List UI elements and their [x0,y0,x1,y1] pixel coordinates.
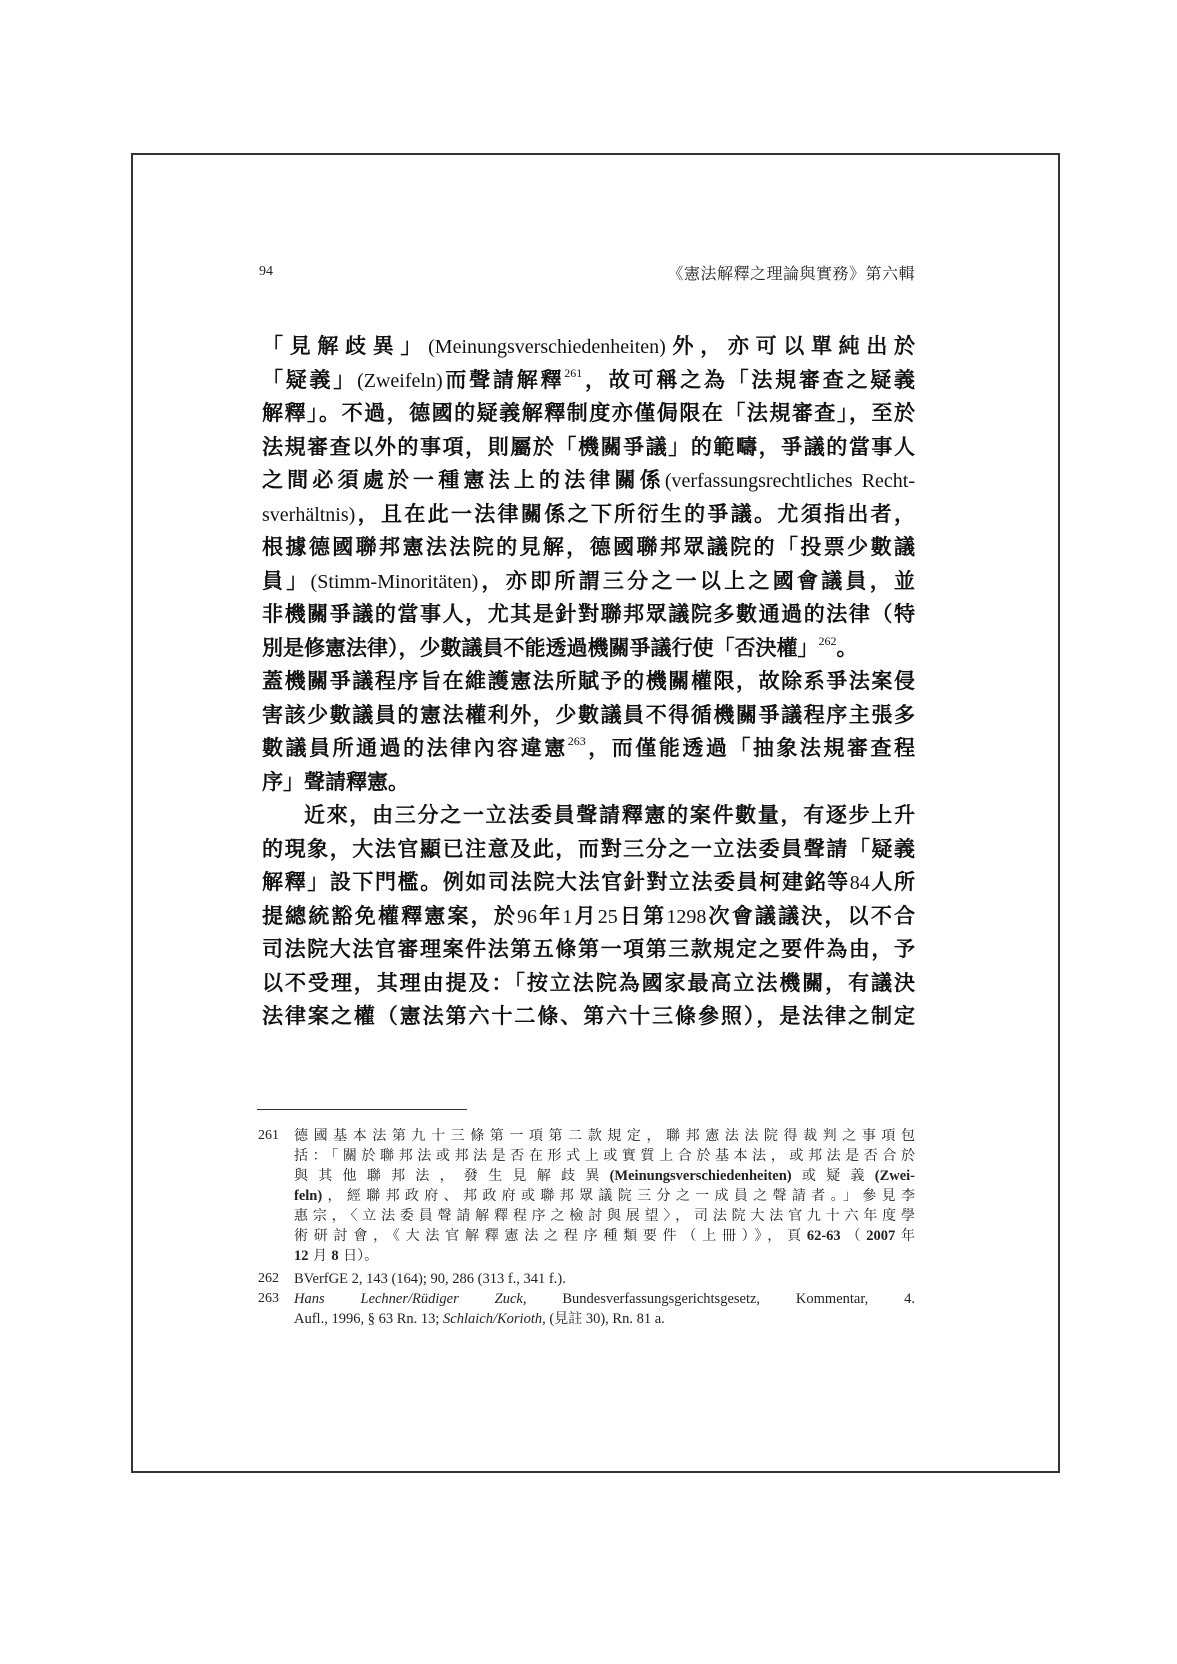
latin-term: (verfassungsrechtliches Recht- [665,470,915,492]
footnote-262: 262 BVerfGE 2, 143 (164); 90, 286 (313 f… [258,1269,915,1289]
text: 術研討會，《大法官解釋憲法之程序種類要件（上冊）》，頁 [294,1228,807,1244]
text: 序」聲請釋憲。 [262,770,409,794]
footnote-line: Hans Lechner/Rüdiger Zuck, Bundesverfass… [294,1289,915,1309]
body-line: 司法院大法官審理案件法第五條第一項第三款規定之要件為由，予 [262,933,915,967]
body-line: 法規審查以外的事項，則屬於「機關爭議」的範疇，爭議的當事人 [262,431,915,465]
footnote-separator [257,1109,467,1110]
year: 2007 [866,1228,895,1244]
author-names: Hans Lechner/Rüdiger Zuck [294,1291,523,1307]
text: 「見解歧異」 [262,334,428,358]
text: 月 [572,904,597,928]
footnote-number: 261 [258,1126,279,1146]
body-line: 數議員所通過的法律內容違憲263，而僅能透過「抽象法規審查程 [262,732,915,766]
footnote-line: 德國基本法第九十三條第一項第二款規定，聯邦憲法法院得裁判之事項包 [294,1126,915,1146]
page-range: 62-63 [807,1228,841,1244]
citation: , Bundesverfassungsgerichtsgesetz, Komme… [523,1291,915,1307]
number: 1 [562,906,572,928]
text: ，亦即所謂三分之一以上之國會議員，並 [478,569,915,593]
number: 84 [850,872,870,894]
latin-term: (Stimm-Minoritäten) [311,571,479,593]
footnote-line: 括：「關於聯邦法或邦法是否在形式上或實質上合於基本法，或邦法是否合於 [294,1146,915,1166]
text: 以不受理，其理由提及：「按立法院為國家最高立法機關，有議決 [262,971,915,995]
footnote-line: 與其他聯邦法，發生見解歧異(Meinungsverschiedenheiten)… [294,1166,915,1186]
body-line: 序」聲請釋憲。 [262,766,915,800]
text: 人所 [870,870,915,894]
footnote-line: BVerfGE 2, 143 (164); 90, 286 (313 f., 3… [294,1269,915,1289]
text: 日第 [618,904,667,928]
text: 解釋」。不過，德國的疑義解釋制度亦僅侷限在「法規審查」，至於 [262,401,915,425]
text: 根據德國聯邦憲法法院的見解，德國聯邦眾議院的「投票少數議 [262,535,915,559]
body-line: 「見解歧異」(Meinungsverschiedenheiten)外，亦可以單純… [262,330,915,364]
body-line: 解釋」設下門檻。例如司法院大法官針對立法委員柯建銘等84人所 [262,866,915,900]
footnote-line: Aufl., 1996, § 63 Rn. 13; Schlaich/Korio… [294,1309,915,1329]
text: ，經聯邦政府、邦政府或聯邦眾議院三分之一成員之聲請者。」參見李 [322,1188,915,1204]
body-line: 非機關爭議的當事人，尤其是針對聯邦眾議院多數通過的法律（特 [262,598,915,632]
latin-term: feln) [294,1188,322,1204]
footnotes: 261 德國基本法第九十三條第一項第二款規定，聯邦憲法法院得裁判之事項包 括：「… [258,1126,915,1329]
footnote-ref-262[interactable]: 262 [819,634,837,648]
citation: , ( [542,1311,554,1327]
text: 月 [313,1248,327,1264]
footnote-line: 術研討會，《大法官解釋憲法之程序種類要件（上冊）》，頁62-63（2007年 [294,1226,915,1246]
footnote-263: 263 Hans Lechner/Rüdiger Zuck, Bundesver… [258,1289,915,1329]
text: 德國基本法第九十三條第一項第二款規定，聯邦憲法法院得裁判之事項包 [294,1128,915,1144]
text: 解釋」設下門檻。例如司法院大法官針對立法委員柯建銘等 [262,870,850,894]
text: （ [841,1228,867,1244]
text: 近來，由三分之一立法委員聲請釋憲的案件數量，有逐步上升 [304,803,915,827]
latin-term: (Meinungsverschiedenheiten) [610,1168,792,1184]
body-line: 提總統豁免權釋憲案，於96年1月25日第1298次會議議決，以不合 [262,900,915,934]
footnote-line: 12 月 8 日）。 [294,1246,915,1266]
body-line: 根據德國聯邦憲法法院的見解，德國聯邦眾議院的「投票少數議 [262,531,915,565]
text: 數議員所通過的法律內容違憲 [262,736,568,760]
body-line: 「疑義」(Zweifeln)而聲請解釋261，故可稱之為「法規審查之疑義 [262,364,915,398]
text: 蓋機關爭議程序旨在維護憲法所賦予的機關權限，故除系爭法案侵 [262,669,915,693]
body-line: sverhältnis)，且在此一法律關係之下所衍生的爭議。尤須指出者， [262,498,915,532]
body-line: 的現象，大法官顯已注意及此，而對三分之一立法委員聲請「疑義 [262,833,915,867]
text: 年 [537,904,562,928]
text: 法規審查以外的事項，則屬於「機關爭議」的範疇，爭議的當事人 [262,435,915,459]
text: ，且在此一法律關係之下所衍生的爭議。尤須指出者， [355,502,915,526]
number: 8 [331,1248,338,1264]
latin-term: (Zwei- [875,1168,915,1184]
footnote-number: 262 [258,1269,279,1289]
text: ，而僅能透過「抽象法規審查程 [586,736,915,760]
number: 12 [294,1248,309,1264]
text: 害該少數議員的憲法權利外，少數議員不得循機關爭議程序主張多 [262,703,915,727]
text: 非機關爭議的當事人，尤其是針對聯邦眾議院多數通過的法律（特 [262,602,915,626]
text: 員」 [262,569,311,593]
body-line: 解釋」。不過，德國的疑義解釋制度亦僅侷限在「法規審查」，至於 [262,397,915,431]
latin-term: (Meinungsverschiedenheiten) [428,336,666,358]
text: 與其他聯邦法，發生見解歧異 [294,1168,610,1184]
body-line: 之間必須處於一種憲法上的法律關係(verfassungsrechtliches … [262,464,915,498]
body-text: 「見解歧異」(Meinungsverschiedenheiten)外，亦可以單純… [262,330,915,1034]
text: 之間必須處於一種憲法上的法律關係 [262,468,665,492]
footnote-ref-261[interactable]: 261 [564,366,582,380]
text: 外，亦可以單純出於 [666,334,915,358]
text: 的現象，大法官顯已注意及此，而對三分之一立法委員聲請「疑義 [262,837,915,861]
text: 見註 [554,1311,582,1327]
text: 年 [895,1228,915,1244]
text: 或疑義 [792,1168,875,1184]
footnote-number: 263 [258,1289,279,1309]
text: 別是修憲法律），少數議員不能透過機關爭議行使「否決權」 [262,636,819,660]
number: 1298 [666,906,706,928]
body-line: 以不受理，其理由提及：「按立法院為國家最高立法機關，有議決 [262,967,915,1001]
body-line-paragraph-start: 近來，由三分之一立法委員聲請釋憲的案件數量，有逐步上升 [262,799,915,833]
footnote-line: 惠宗，〈立法委員聲請解釋程序之檢討與展望〉，司法院大法官九十六年度學 [294,1206,915,1226]
text: 而聲請解釋 [443,368,565,392]
text: 括：「關於聯邦法或邦法是否在形式上或實質上合於基本法，或邦法是否合於 [294,1148,915,1164]
body-line: 員」(Stimm-Minoritäten)，亦即所謂三分之一以上之國會議員，並 [262,565,915,599]
latin-term: sverhältnis) [262,504,355,526]
text: 司法院大法官審理案件法第五條第一項第三款規定之要件為由，予 [262,937,915,961]
footnote-261: 261 德國基本法第九十三條第一項第二款規定，聯邦憲法法院得裁判之事項包 括：「… [258,1126,915,1266]
text: 提總統豁免權釋憲案，於 [262,904,517,928]
citation: BVerfGE 2, 143 (164); 90, 286 (313 f., 3… [294,1271,566,1287]
latin-term: (Zweifeln) [357,370,443,392]
body-line: 別是修憲法律），少數議員不能透過機關爭議行使「否決權」262。 [262,632,915,666]
text: 惠宗，〈立法委員聲請解釋程序之檢討與展望〉，司法院大法官九十六年度學 [294,1208,915,1224]
text: 「疑義」 [262,368,357,392]
footnote-ref-263[interactable]: 263 [568,734,586,748]
citation: Aufl., 1996, § 63 Rn. 13; [294,1311,443,1327]
text: 。 [837,636,858,660]
footnote-line: feln)，經聯邦政府、邦政府或聯邦眾議院三分之一成員之聲請者。」參見李 [294,1186,915,1206]
body-line: 法律案之權（憲法第六十二條、第六十三條參照），是法律之制定 [262,1000,915,1034]
citation: 30), Rn. 81 a. [582,1311,665,1327]
body-line: 蓋機關爭議程序旨在維護憲法所賦予的機關權限，故除系爭法案侵 [262,665,915,699]
page-number: 94 [259,264,273,280]
running-title: 《憲法解釋之理論與實務》第六輯 [667,261,915,284]
text: 次會議議決，以不合 [706,904,915,928]
number: 25 [598,906,618,928]
text: 日）。 [343,1248,378,1264]
text: 法律案之權（憲法第六十二條、第六十三條參照），是法律之制定 [262,1004,915,1028]
text: ，故可稱之為「法規審查之疑義 [582,368,915,392]
number: 96 [517,906,537,928]
author-names: Schlaich/Korioth [443,1311,542,1327]
body-line: 害該少數議員的憲法權利外，少數議員不得循機關爭議程序主張多 [262,699,915,733]
